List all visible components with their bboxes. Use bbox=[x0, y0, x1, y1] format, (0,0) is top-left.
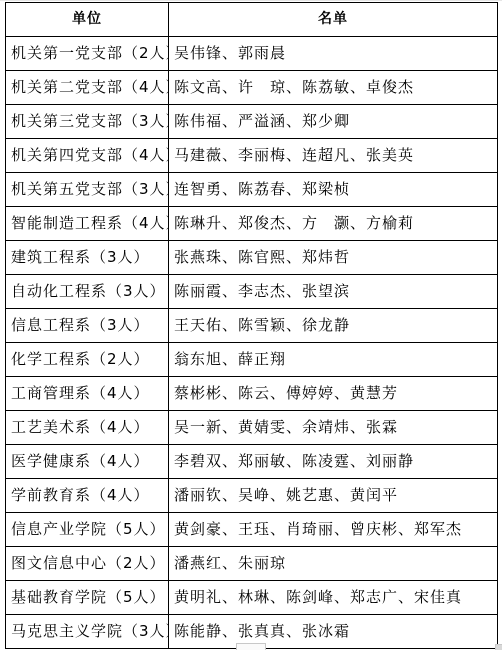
table-resize-handle-corner[interactable] bbox=[495, 644, 502, 650]
unit-cell: 基础教育学院（5人） bbox=[6, 581, 169, 615]
table-row: 机关第二党支部（4人）陈文高、许 琼、陈荔敏、卓俊杰 bbox=[6, 71, 498, 105]
unit-cell: 医学健康系（4人） bbox=[6, 445, 169, 479]
unit-cell: 工商管理系（4人） bbox=[6, 377, 169, 411]
unit-cell: 马克思主义学院（3人） bbox=[6, 615, 169, 649]
unit-cell: 机关第五党支部（3人） bbox=[6, 173, 169, 207]
table-row: 机关第五党支部（3人）连智勇、陈荔春、郑梁桢 bbox=[6, 173, 498, 207]
table-row: 化学工程系（2人）翁东旭、薛正翔 bbox=[6, 343, 498, 377]
table-row: 智能制造工程系（4人）陈琳升、郑俊杰、方 灏、方榆莉 bbox=[6, 207, 498, 241]
unit-cell: 信息产业学院（5人） bbox=[6, 513, 169, 547]
unit-cell: 图文信息中心（2人） bbox=[6, 547, 169, 581]
table-row: 工艺美术系（4人）吴一新、黄婧雯、余靖炜、张霖 bbox=[6, 411, 498, 445]
names-cell: 陈能静、张真真、张冰霜 bbox=[169, 615, 498, 649]
column-header-names: 名单 bbox=[169, 3, 498, 37]
table-row: 工商管理系（4人）蔡彬彬、陈云、傅婷婷、黄慧芳 bbox=[6, 377, 498, 411]
names-cell: 吴伟锋、郭雨晨 bbox=[169, 37, 498, 71]
names-cell: 王天佑、陈雪颖、徐龙静 bbox=[169, 309, 498, 343]
table-row: 基础教育学院（5人）黄明礼、林琳、陈剑峰、郑志广、宋佳真 bbox=[6, 581, 498, 615]
table-row: 机关第三党支部（3人）陈伟福、严溢涵、郑少卿 bbox=[6, 105, 498, 139]
names-cell: 陈文高、许 琼、陈荔敏、卓俊杰 bbox=[169, 71, 498, 105]
unit-cell: 自动化工程系（3人） bbox=[6, 275, 169, 309]
page-edge-guide bbox=[0, 0, 502, 1]
names-cell: 连智勇、陈荔春、郑梁桢 bbox=[169, 173, 498, 207]
unit-cell: 信息工程系（3人） bbox=[6, 309, 169, 343]
table-row: 信息工程系（3人）王天佑、陈雪颖、徐龙静 bbox=[6, 309, 498, 343]
names-cell: 陈丽霞、李志杰、张望滨 bbox=[169, 275, 498, 309]
names-cell: 李碧双、郑丽敏、陈凌霆、刘丽静 bbox=[169, 445, 498, 479]
names-cell: 陈琳升、郑俊杰、方 灏、方榆莉 bbox=[169, 207, 498, 241]
table-row: 自动化工程系（3人）陈丽霞、李志杰、张望滨 bbox=[6, 275, 498, 309]
unit-cell: 建筑工程系（3人） bbox=[6, 241, 169, 275]
unit-cell: 化学工程系（2人） bbox=[6, 343, 169, 377]
roster-table: 单位 名单 机关第一党支部（2人）吴伟锋、郭雨晨 机关第二党支部（4人）陈文高、… bbox=[5, 2, 498, 649]
unit-cell: 机关第四党支部（4人） bbox=[6, 139, 169, 173]
names-cell: 蔡彬彬、陈云、傅婷婷、黄慧芳 bbox=[169, 377, 498, 411]
table-row: 图文信息中心（2人）潘燕红、朱丽琼 bbox=[6, 547, 498, 581]
names-cell: 陈伟福、严溢涵、郑少卿 bbox=[169, 105, 498, 139]
column-header-unit: 单位 bbox=[6, 3, 169, 37]
names-cell: 黄剑豪、王珏、肖琦丽、曾庆彬、郑军杰 bbox=[169, 513, 498, 547]
table-resize-handle-bottom[interactable] bbox=[236, 643, 266, 650]
unit-cell: 机关第一党支部（2人） bbox=[6, 37, 169, 71]
names-cell: 潘燕红、朱丽琼 bbox=[169, 547, 498, 581]
names-cell: 黄明礼、林琳、陈剑峰、郑志广、宋佳真 bbox=[169, 581, 498, 615]
unit-cell: 机关第三党支部（3人） bbox=[6, 105, 169, 139]
unit-cell: 学前教育系（4人） bbox=[6, 479, 169, 513]
table-row: 建筑工程系（3人）张燕珠、陈官熙、郑炜哲 bbox=[6, 241, 498, 275]
names-cell: 张燕珠、陈官熙、郑炜哲 bbox=[169, 241, 498, 275]
names-cell: 吴一新、黄婧雯、余靖炜、张霖 bbox=[169, 411, 498, 445]
table-row: 机关第一党支部（2人）吴伟锋、郭雨晨 bbox=[6, 37, 498, 71]
table-row: 学前教育系（4人）潘丽钦、吴峥、姚艺惠、黄闰平 bbox=[6, 479, 498, 513]
unit-cell: 工艺美术系（4人） bbox=[6, 411, 169, 445]
table-row: 机关第四党支部（4人）马建薇、李丽梅、连超凡、张美英 bbox=[6, 139, 498, 173]
names-cell: 马建薇、李丽梅、连超凡、张美英 bbox=[169, 139, 498, 173]
table-row: 信息产业学院（5人）黄剑豪、王珏、肖琦丽、曾庆彬、郑军杰 bbox=[6, 513, 498, 547]
table-row: 医学健康系（4人）李碧双、郑丽敏、陈凌霆、刘丽静 bbox=[6, 445, 498, 479]
table-header-row: 单位 名单 bbox=[6, 3, 498, 37]
unit-cell: 机关第二党支部（4人） bbox=[6, 71, 169, 105]
unit-cell: 智能制造工程系（4人） bbox=[6, 207, 169, 241]
names-cell: 潘丽钦、吴峥、姚艺惠、黄闰平 bbox=[169, 479, 498, 513]
names-cell: 翁东旭、薛正翔 bbox=[169, 343, 498, 377]
